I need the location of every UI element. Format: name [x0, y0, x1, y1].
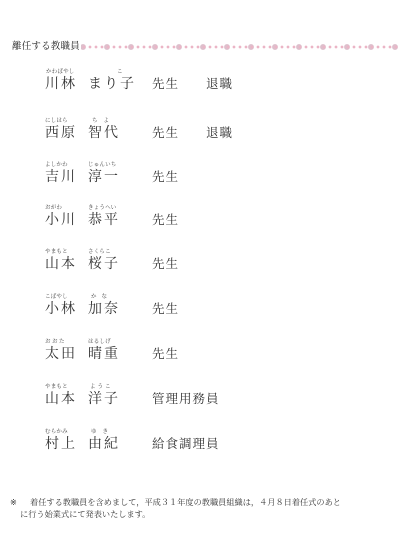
surname: こばやし 小林	[45, 294, 77, 317]
given-ruby: きょうへい	[88, 205, 120, 212]
staff-row: むらかみ 村上 ゆき 由紀 給食調理員	[0, 429, 420, 459]
given-ruby: はるしげ	[88, 339, 120, 346]
surname-ruby: よしかわ	[45, 162, 77, 169]
staff-row: よしかわ 吉川 じゅんいち 淳一 先生	[0, 162, 420, 192]
surname-text: 西原	[45, 125, 77, 141]
surname-text: 小林	[45, 301, 77, 317]
footer-note-line1: ※着任する教職員を含めまして，平成３１年度の教職員組織は，４月８日着任式のあと	[10, 496, 415, 508]
surname: むらかみ 村上	[45, 429, 77, 452]
given-text: 由紀	[88, 436, 120, 452]
given-ruby: こ	[88, 69, 136, 76]
role: 先生	[152, 212, 179, 228]
role: 先生	[152, 125, 179, 141]
given-text: まり子	[88, 76, 136, 92]
given-name: ゆき 由紀	[88, 429, 120, 452]
surname-ruby: おがわ	[45, 205, 77, 212]
given-name: かな 加奈	[88, 294, 120, 317]
given-name: ちよ 智代	[88, 118, 120, 141]
footer-note-text1: 着任する教職員を含めまして，平成３１年度の教職員組織は，４月８日着任式のあと	[30, 497, 341, 507]
staff-row: にしはら 西原 ちよ 智代 先生 退職	[0, 118, 420, 148]
given-ruby: ようこ	[88, 384, 120, 391]
staff-row: かわばやし 川林 こ まり子 先生 退職	[0, 69, 420, 99]
surname: よしかわ 吉川	[45, 162, 77, 185]
given-text: 洋子	[88, 391, 120, 407]
surname-ruby: こばやし	[45, 294, 77, 301]
given-name: さくらこ 桜子	[88, 249, 120, 272]
reference-mark: ※	[10, 496, 30, 508]
staff-row: おがわ 小川 きょうへい 恭平 先生	[0, 205, 420, 235]
given-text: 智代	[88, 125, 120, 141]
surname: おがわ 小川	[45, 205, 77, 228]
surname-text: 吉川	[45, 169, 77, 185]
status: 退職	[206, 76, 233, 92]
given-text: 恭平	[88, 212, 120, 228]
surname: やまもと 山本	[45, 249, 77, 272]
surname-text: 山本	[45, 256, 77, 272]
given-ruby: じゅんいち	[88, 162, 120, 169]
surname-ruby: かわばやし	[45, 69, 77, 76]
surname-ruby: にしはら	[45, 118, 77, 125]
surname-ruby: やまもと	[45, 249, 77, 256]
given-name: はるしげ 晴重	[88, 339, 120, 362]
surname-ruby: おおた	[45, 339, 77, 346]
role: 給食調理員	[152, 436, 220, 452]
staff-row: やまもと 山本 さくらこ 桜子 先生	[0, 249, 420, 279]
surname-text: 小川	[45, 212, 77, 228]
given-text: 晴重	[88, 346, 120, 362]
given-ruby: ゆき	[88, 429, 120, 436]
role: 管理用務員	[152, 391, 220, 407]
given-name: じゅんいち 淳一	[88, 162, 120, 185]
role: 先生	[152, 169, 179, 185]
status: 退職	[206, 125, 233, 141]
given-name: きょうへい 恭平	[88, 205, 120, 228]
staff-row: やまもと 山本 ようこ 洋子 管理用務員	[0, 384, 420, 414]
given-text: 淳一	[88, 169, 120, 185]
given-text: 桜子	[88, 256, 120, 272]
surname: かわばやし 川林	[45, 69, 77, 92]
staff-row: こばやし 小林 かな 加奈 先生	[0, 294, 420, 324]
role: 先生	[152, 346, 179, 362]
given-text: 加奈	[88, 301, 120, 317]
surname: やまもと 山本	[45, 384, 77, 407]
surname: にしはら 西原	[45, 118, 77, 141]
given-ruby: かな	[88, 294, 120, 301]
staff-row: おおた 太田 はるしげ 晴重 先生	[0, 339, 420, 369]
given-ruby: さくらこ	[88, 249, 120, 256]
given-name: こ まり子	[88, 69, 136, 92]
footer-note: ※着任する教職員を含めまして，平成３１年度の教職員組織は，４月８日着任式のあと …	[10, 496, 415, 520]
footer-note-line2: に行う始業式にて発表いたします。	[10, 508, 415, 520]
section-header: 離任する教職員	[12, 40, 399, 54]
surname-text: 村上	[45, 436, 77, 452]
role: 先生	[152, 301, 179, 317]
role: 先生	[152, 256, 179, 272]
surname-text: 太田	[45, 346, 77, 362]
surname-text: 山本	[45, 391, 77, 407]
section-title: 離任する教職員	[12, 40, 80, 54]
surname-ruby: むらかみ	[45, 429, 77, 436]
given-ruby: ちよ	[88, 118, 120, 125]
given-name: ようこ 洋子	[88, 384, 120, 407]
surname-text: 川林	[45, 76, 77, 92]
surname-ruby: やまもと	[45, 384, 77, 391]
surname: おおた 太田	[45, 339, 77, 362]
role: 先生	[152, 76, 179, 92]
decorative-border	[81, 43, 399, 51]
